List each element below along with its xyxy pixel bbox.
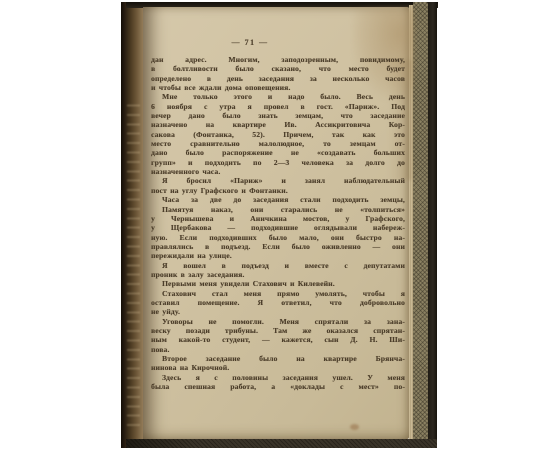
book-scan: — 71 — дан адрес. Многим, заподозренным,… [0,0,550,450]
text-line: назначенного часа. [151,167,405,176]
text-line: у Щербакова — подходившие оглядывали наб… [151,223,405,232]
text-line: Уговоры не помогли. Меня спрятали за зан… [151,317,405,326]
text-line: Стахович стал меня прямо умолять, чтобы … [151,289,405,298]
text-line: дан адрес. Многим, заподозренным, повиди… [151,55,405,64]
text-line: и чтобы все ждали дома оповещения. [151,83,405,92]
text-line: ную. Если подходивших было мало, они быс… [151,233,405,242]
text-line: нинова на Кирочной. [151,363,405,372]
previous-page-showthrough-text [127,100,140,430]
text-line: ным какой-то студент, — кажется, сын Д. … [151,335,405,344]
text-line: у Чернышева и Аничкина мостов, у Графско… [151,214,405,223]
text-line: Я вошел в подъезд и вместе с депутатами [151,261,405,270]
text-line: пережидали на улице. [151,251,405,260]
text-line: не уйду. [151,307,405,316]
text-line: пова. [151,345,405,354]
text-line: дано было распоряжение не «создавать бол… [151,148,405,157]
text-line: групп» и подходить по 2—3 человека за до… [151,158,405,167]
text-line: Второе заседание было на квартире Брянча… [151,354,405,363]
text-line: оставил помещение. Я ответил, что добров… [151,298,405,307]
text-line: была спешная работа, а «доклады с мест» … [151,382,405,391]
text-line: место сравнительно малолюдное, то земцам… [151,139,405,148]
fox-spot [350,424,359,430]
text-line: сакова (Фонтанка, 52). Причем, так как э… [151,130,405,139]
page-text: дан адрес. Многим, заподозренным, повиди… [151,55,405,391]
text-line: 6 ноября с утра я провел в гост. «Париж»… [151,102,405,111]
text-line: назначено на квартире Ив. Ассикритовича … [151,120,405,129]
text-line: веску позади трибуны. Там же оказался сп… [151,326,405,335]
text-line: Первыми меня увидели Стахович и Килевейн… [151,279,405,288]
cover-cloth-edge [413,2,428,448]
text-line: Памятуя наказ, они старались не «толпить… [151,205,405,214]
text-line: Часа за две до заседания стали подходить… [151,195,405,204]
text-line: вечер дано было знать земцам, что заседа… [151,111,405,120]
text-line: Здесь я с половины заседания ушел. У мен… [151,373,405,382]
text-line: правлялись в подъезд. Если было оживленн… [151,242,405,251]
text-line: проник в залу заседания. [151,270,405,279]
page-number: — 71 — [222,38,278,47]
text-line: в болтливости было сказано, что место бу… [151,64,405,73]
text-line: пост на углу Графского и Фонтанки. [151,186,405,195]
cover-right-dark-edge [428,2,437,448]
text-line: Мне только этого и надо было. Весь день [151,92,405,101]
cover-bottom-edge [126,439,437,448]
text-line: Я бросил «Париж» и занял наблюдательный [151,176,405,185]
text-line: определено в день заседания за несколько… [151,74,405,83]
